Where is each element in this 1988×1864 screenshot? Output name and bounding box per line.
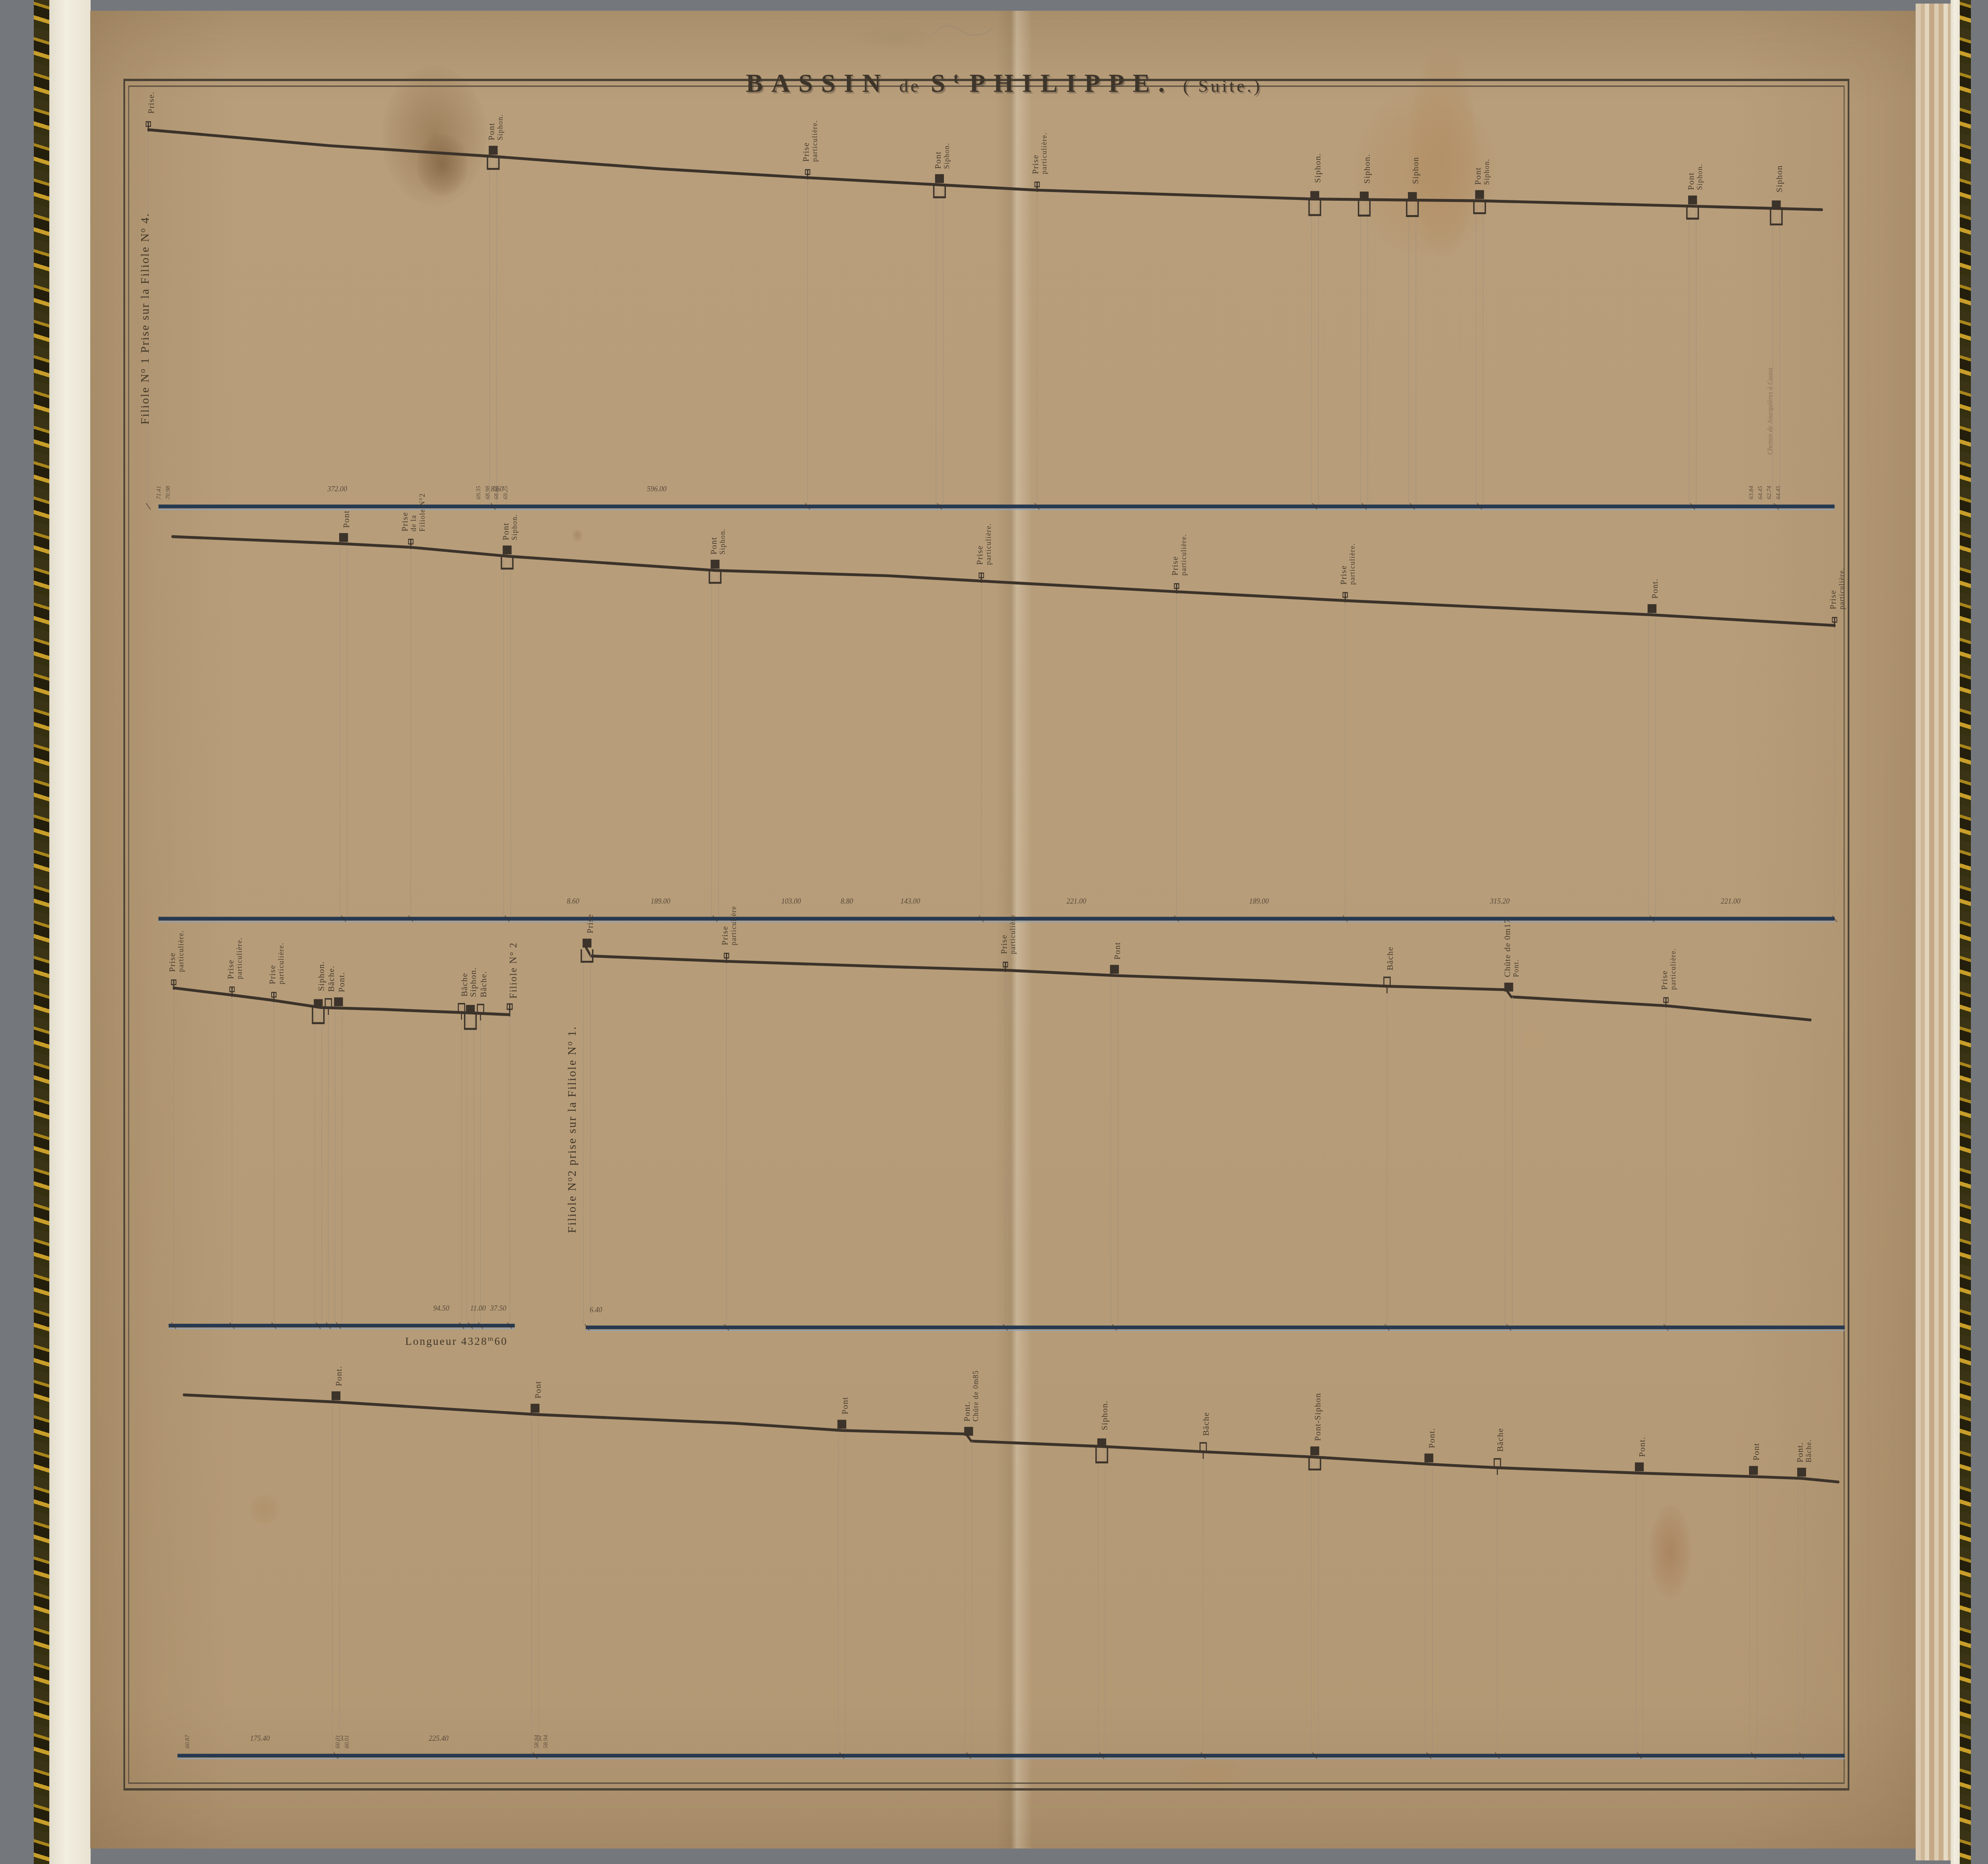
- structure-label: Bâche: [1495, 1428, 1505, 1452]
- structure-label: Filiole N° 2: [508, 942, 520, 999]
- structure-label: Priseparticulière.: [268, 943, 286, 984]
- distance-label: 11.00: [470, 1304, 486, 1313]
- structure-label: Priseparticulière.: [1339, 543, 1357, 585]
- structure-label: Siphon.: [1100, 1400, 1110, 1430]
- structure-label-line: Prise.: [146, 91, 156, 114]
- structure-label: Chûte de 0m17.Pont.: [1503, 916, 1521, 977]
- distance-label: 8.60: [567, 897, 580, 906]
- structure-label: Siphon.: [1313, 153, 1323, 183]
- structure-label: Pont.Chûte de 0m85: [962, 1370, 981, 1422]
- structure-label-line: Siphon.: [316, 961, 326, 991]
- structure-label: PontSiphon.: [1473, 159, 1492, 185]
- scanned-book-page: BASSIN de St PHILIPPE. ( Suite.) Prise.P…: [0, 0, 1988, 1864]
- profile-title-text: 1 Prise sur la Filiole N: [138, 233, 151, 368]
- profile-title-text: 4.: [138, 213, 151, 228]
- title-superscript: t: [953, 70, 959, 87]
- crossing-note: Chemin de Joucquières à Causa: [1766, 368, 1774, 455]
- structure-label-line: Siphon.: [1362, 154, 1372, 184]
- structure-label: Siphon: [1411, 157, 1421, 184]
- structure-label-line: Prise: [585, 914, 595, 933]
- structure-label: PontSiphon.: [933, 143, 952, 169]
- structure-label: PontSiphon.: [709, 528, 728, 555]
- distance-label: 189.00: [651, 897, 671, 906]
- profile-title-text: o: [565, 1177, 574, 1182]
- structure-label-line: Pont: [501, 514, 511, 540]
- structure-label: PontSiphon.: [1686, 164, 1705, 190]
- elevation-value: 62.74: [1765, 486, 1774, 499]
- elevation-value: 64.45: [1756, 486, 1765, 499]
- structure-label-line: Bâche: [1495, 1428, 1505, 1452]
- structure-label-line: Siphon.: [1313, 153, 1323, 183]
- structure-label: Priseparticulière: [720, 906, 739, 945]
- profile-title-text: o: [565, 1041, 574, 1046]
- title-word: de: [899, 76, 920, 96]
- structure-label-line: particulière.: [278, 943, 286, 984]
- distance-label: 37.50: [490, 1304, 507, 1313]
- structure-label: Priseparticulière.: [1031, 132, 1049, 174]
- title-word: S: [931, 69, 953, 98]
- structure-label: Siphon: [1774, 165, 1784, 192]
- structure-label-line: Siphon.: [943, 143, 952, 169]
- structure-label: PontSiphon.: [487, 114, 505, 141]
- elevation-value: 60.01: [334, 1735, 343, 1749]
- structure-label-line: Pont.: [1512, 916, 1521, 977]
- structure-label: Priseparticulière.: [167, 930, 186, 972]
- structure-label-line: particulière.: [1349, 543, 1358, 585]
- structure-label: Priseparticulière.: [801, 120, 820, 162]
- structure-label: Pont: [840, 1397, 850, 1414]
- structure-label-line: Pont.: [1427, 1428, 1437, 1448]
- elevation-value: 58.94: [542, 1735, 551, 1749]
- profile-title-text: Filiole N: [138, 373, 151, 425]
- distance-label: 372.00: [327, 485, 347, 493]
- structure-label: Pont: [1751, 1443, 1761, 1461]
- structure-label: Pont.: [1637, 1437, 1647, 1457]
- structure-label-line: Prise: [268, 943, 278, 984]
- structure-label: Pont: [533, 1381, 543, 1398]
- structure-label-line: Prise: [999, 915, 1009, 954]
- elevation-label: 58.9458.94: [532, 1735, 550, 1749]
- structure-label-line: Prise: [801, 120, 811, 162]
- structure-label-line: Pont: [1473, 159, 1483, 185]
- title-word: BASSIN: [746, 69, 889, 98]
- structure-label-line: Pont: [1112, 942, 1122, 959]
- distance-label: 221.00: [1721, 897, 1741, 906]
- structure-label: Bâche.: [479, 971, 489, 997]
- structure-label-line: Pont: [533, 1381, 543, 1398]
- structure-label-line: Chûte de 0m17.: [1503, 916, 1512, 977]
- distance-label: 189.00: [1249, 897, 1269, 906]
- structure-label-line: Siphon.: [1483, 159, 1492, 185]
- structure-label: Priseparticulière.: [1660, 948, 1678, 990]
- structure-label: Priseparticulière.: [1170, 534, 1189, 576]
- structure-label: Prise.: [146, 91, 156, 114]
- structure-label: Siphon.: [1362, 154, 1372, 184]
- distance-label: 175.40: [250, 1734, 270, 1743]
- elevation-value: 63.84: [1747, 486, 1756, 499]
- structure-label-line: Bâche.: [1806, 1439, 1814, 1462]
- structure-label-line: Pont.: [962, 1370, 972, 1422]
- structure-label-line: Pont: [342, 510, 351, 528]
- elevation-value: 68.88: [492, 486, 501, 499]
- distance-label: 315.20: [1490, 897, 1510, 906]
- elevation-label: 63.8464.4562.7464.45: [1747, 486, 1783, 499]
- structure-label-line: Bâche: [1201, 1412, 1211, 1436]
- length-label: Longueur 4328m60: [405, 1334, 508, 1348]
- structure-label-line: Siphon.: [719, 528, 728, 555]
- structure-label: Priseparticulière.: [1828, 568, 1847, 609]
- structure-label-line: Siphon: [1774, 165, 1784, 192]
- structure-label-line: Siphon.: [1696, 164, 1705, 190]
- structure-label-line: particulière.: [1670, 948, 1678, 990]
- structure-label: Siphon.: [316, 961, 326, 991]
- structure-label-line: Prise: [975, 523, 985, 565]
- structure-label-line: particulière.: [812, 120, 820, 162]
- profile-title-text: o: [138, 368, 147, 373]
- structure-label: Pont.: [337, 972, 347, 992]
- distance-label: 6.40: [590, 1306, 602, 1314]
- structure-label: Bâche: [1201, 1412, 1211, 1436]
- structure-label: Pont-Siphon: [1313, 1393, 1323, 1441]
- structure-label: Bâche.: [326, 965, 336, 992]
- title-word: PHILIPPE.: [969, 69, 1173, 98]
- structure-label-line: Siphon.: [468, 967, 478, 997]
- structure-label-line: Pont: [1686, 164, 1696, 190]
- structure-label-line: Prise: [1828, 568, 1838, 609]
- elevation-value: 69.35: [474, 486, 483, 499]
- structure-label-line: Prise: [1660, 948, 1670, 990]
- structure-label: Pont.Bâche.: [1795, 1439, 1814, 1462]
- structure-label-line: Bâche: [1385, 947, 1395, 970]
- label-layer: BASSIN de St PHILIPPE. ( Suite.) Prise.P…: [0, 0, 1988, 1864]
- length-label-text: m: [488, 1334, 495, 1342]
- structure-label: Siphon.: [468, 967, 478, 997]
- profile-title: Filiole No2 prise sur la Filiole No 1.: [565, 1026, 579, 1234]
- distance-label: 225.40: [429, 1734, 449, 1743]
- distance-label: 143.00: [901, 897, 920, 906]
- distance-label: 8.80: [841, 897, 853, 906]
- structure-label: Priseparticulière.: [975, 523, 994, 565]
- structure-label-line: particulière: [730, 906, 739, 945]
- profile-title-text: 2 prise sur la Filiole N: [565, 1046, 579, 1177]
- elevation-value: 60.01: [342, 1735, 351, 1749]
- elevation-label: 60.0160.01: [334, 1735, 351, 1749]
- elevation-value: 71.41: [155, 486, 164, 499]
- structure-label-line: Filiole N°2: [419, 493, 427, 531]
- structure-label-line: particulière.: [1041, 132, 1050, 174]
- structure-label: Bâche: [1385, 947, 1395, 970]
- structure-label-line: Pont: [487, 114, 497, 141]
- structure-label-line: Prise: [226, 937, 236, 979]
- structure-label-line: Bâche.: [326, 965, 336, 992]
- structure-label-line: particulière.: [985, 523, 994, 565]
- elevation-value: 70.98: [164, 486, 173, 499]
- structure-label: Pont.: [1650, 578, 1660, 599]
- structure-label-line: Pont-Siphon: [1313, 1393, 1323, 1441]
- structure-label-line: particulière: [1009, 915, 1018, 954]
- structure-label-line: de la: [410, 493, 419, 531]
- structure-label-line: particulière.: [1839, 568, 1847, 609]
- structure-label-line: Prise: [400, 493, 410, 531]
- distance-label: 94.50: [433, 1304, 449, 1313]
- structure-label-line: Siphon.: [511, 514, 520, 540]
- structure-label-line: Chûte de 0m85: [973, 1370, 981, 1422]
- structure-label-line: Prise: [720, 906, 730, 945]
- structure-label-line: Filiole N° 2: [508, 942, 520, 999]
- structure-label-line: Pont.: [334, 1366, 344, 1386]
- structure-label-line: Siphon.: [497, 114, 506, 141]
- profile-title-text: 1.: [565, 1026, 579, 1041]
- structure-label-line: Prise: [1339, 543, 1349, 585]
- structure-label-line: Siphon: [1411, 157, 1421, 184]
- structure-label-line: Pont: [1751, 1443, 1761, 1461]
- profile-title: Filiole No 1 Prise sur la Filiole No 4.: [138, 213, 152, 425]
- structure-label: Pont.: [334, 1366, 344, 1386]
- length-label-text: Longueur 4328: [405, 1335, 488, 1347]
- distance-label: 103.00: [781, 897, 801, 906]
- structure-label-line: Pont.: [337, 972, 347, 992]
- structure-label: PontSiphon.: [501, 514, 520, 540]
- elevation-label: 69.3568.9868.8869.25: [474, 486, 510, 499]
- elevation-label: 60.87: [183, 1735, 192, 1749]
- structure-label: Prise: [585, 914, 595, 933]
- structure-label: Priseparticulière.: [226, 937, 245, 979]
- structure-label-line: particulière.: [177, 930, 186, 972]
- structure-label-line: Prise: [167, 930, 177, 972]
- structure-label-line: Siphon.: [1100, 1400, 1110, 1430]
- title-word: ( Suite.): [1183, 76, 1262, 96]
- structure-label-line: Pont: [840, 1397, 850, 1414]
- structure-label-line: Pont: [709, 528, 719, 555]
- structure-label-line: Prise: [1170, 534, 1180, 576]
- structure-label-line: Prise: [1031, 132, 1041, 174]
- structure-label: Priseparticulière: [999, 915, 1018, 954]
- elevation-value: 64.45: [1774, 486, 1783, 499]
- structure-label: Pont: [1112, 942, 1122, 959]
- elevation-value: 69.25: [501, 486, 510, 499]
- structure-label-line: Pont: [933, 143, 943, 169]
- elevation-value: 68.98: [483, 486, 492, 499]
- structure-label: Pont.: [1427, 1428, 1437, 1448]
- elevation-value: 60.87: [183, 1735, 192, 1749]
- elevation-label: 71.4170.98: [155, 486, 173, 499]
- distance-label: 221.00: [1067, 897, 1087, 906]
- elevation-value: 58.94: [532, 1735, 542, 1749]
- structure-label: Pont: [342, 510, 351, 528]
- structure-label-line: Pont.: [1637, 1437, 1647, 1457]
- structure-label: Prisede laFiliole N°2: [400, 493, 427, 531]
- structure-label-line: particulière.: [236, 937, 245, 979]
- structure-label-line: particulière.: [1180, 534, 1189, 576]
- length-label-text: 60: [494, 1335, 508, 1347]
- structure-label-line: Pont.: [1650, 578, 1660, 599]
- sheet-title: BASSIN de St PHILIPPE. ( Suite.): [746, 69, 1262, 99]
- profile-title-text: o: [138, 227, 147, 233]
- structure-label-line: Pont.: [1795, 1439, 1805, 1462]
- distance-label: 596.00: [647, 485, 667, 493]
- profile-title-text: Filiole N: [565, 1181, 579, 1233]
- structure-label-line: Bâche.: [479, 971, 489, 997]
